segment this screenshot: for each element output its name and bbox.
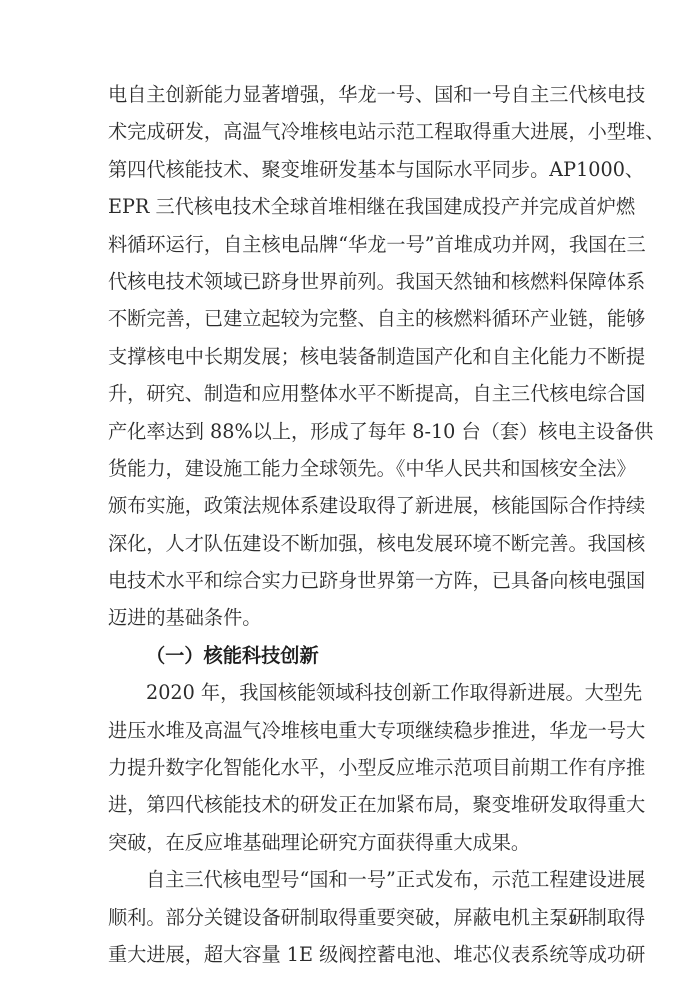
- paragraph-line: 2020 年，我国核能领域科技创新工作取得新进展。大型先: [108, 674, 594, 711]
- section-heading: （一）核能科技创新: [108, 637, 594, 674]
- paragraph-line: 货能力，建设施工能力全球领先。《中华人民共和国核安全法》: [108, 450, 594, 487]
- paragraph-line: 电自主创新能力显著增强，华龙一号、国和一号自主三代核电技: [108, 76, 594, 113]
- paragraph-line: 料循环运行，自主核电品牌“华龙一号”首堆成功并网，我国在三: [108, 226, 594, 263]
- paragraph-line: 顺利。部分关键设备研制取得重要突破，屏蔽电机主泵研制取得: [108, 899, 594, 936]
- paragraph-line: 力提升数字化智能化水平，小型反应堆示范项目前期工作有序推: [108, 749, 594, 786]
- paragraph-line: 升，研究、制造和应用整体水平不断提高，自主三代核电综合国: [108, 375, 594, 412]
- paragraph-line: 进压水堆及高温气冷堆核电重大专项继续稳步推进，华龙一号大: [108, 712, 594, 749]
- paragraph-line: 产化率达到 88%以上，形成了每年 8-10 台（套）核电主设备供: [108, 413, 594, 450]
- paragraph-line: 电技术水平和综合实力已跻身世界第一方阵，已具备向核电强国: [108, 562, 594, 599]
- paragraph-line: 突破，在反应堆基础理论研究方面获得重大成果。: [108, 824, 594, 861]
- paragraph-line: 术完成研发，高温气冷堆核电站示范工程取得重大进展，小型堆、: [108, 113, 594, 150]
- document-page: 电自主创新能力显著增强，华龙一号、国和一号自主三代核电技 术完成研发，高温气冷堆…: [0, 0, 700, 990]
- paragraph-line: EPR 三代核电技术全球首堆相继在我国建成投产并完成首炉燃: [108, 188, 594, 225]
- paragraph-line: 不断完善，已建立起较为完整、自主的核燃料循环产业链，能够: [108, 300, 594, 337]
- paragraph-line: 代核电技术领域已跻身世界前列。我国天然铀和核燃料保障体系: [108, 263, 594, 300]
- paragraph-line: 第四代核能技术、聚变堆研发基本与国际水平同步。AP1000、: [108, 151, 594, 188]
- page-number: - 2 -: [556, 912, 591, 929]
- body-text: 电自主创新能力显著增强，华龙一号、国和一号自主三代核电技 术完成研发，高温气冷堆…: [108, 76, 594, 973]
- paragraph-line: 迈进的基础条件。: [108, 599, 594, 636]
- paragraph-line: 颁布实施，政策法规体系建设取得了新进展，核能国际合作持续: [108, 487, 594, 524]
- paragraph-line: 深化，人才队伍建设不断加强，核电发展环境不断完善。我国核: [108, 525, 594, 562]
- paragraph-line: 进，第四代核能技术的研发正在加紧布局，聚变堆研发取得重大: [108, 786, 594, 823]
- paragraph-line: 自主三代核电型号“国和一号”正式发布，示范工程建设进展: [108, 861, 594, 898]
- paragraph-line: 支撑核电中长期发展；核电装备制造国产化和自主化能力不断提: [108, 338, 594, 375]
- paragraph-line: 重大进展，超大容量 1E 级阀控蓄电池、堆芯仪表系统等成功研: [108, 936, 594, 973]
